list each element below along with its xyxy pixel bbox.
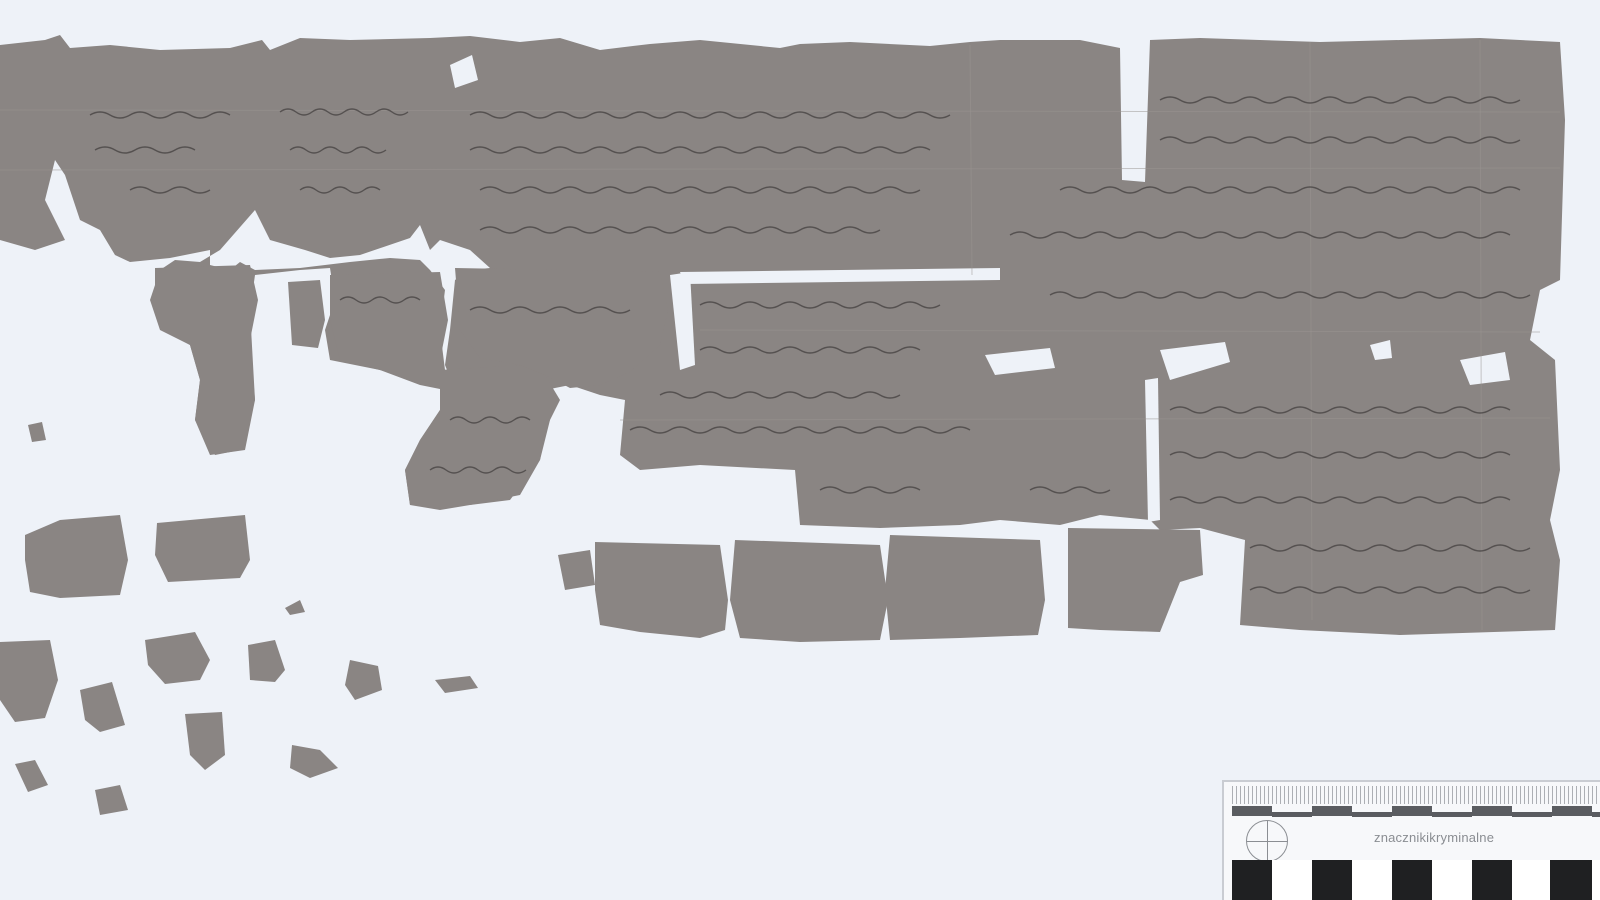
- papyrus-bottom-3: [730, 540, 888, 642]
- scale-color-blocks: [1232, 860, 1600, 900]
- crosshair-icon: [1246, 820, 1288, 862]
- papyrus-left-column: [155, 265, 258, 455]
- papyrus-left-frag-12: [95, 785, 128, 815]
- ruler-ticks: [1232, 786, 1600, 804]
- papyrus-center-left: [330, 272, 448, 390]
- ruler-checker-lower: [1232, 812, 1600, 817]
- papyrus-left-frag-7: [185, 712, 225, 770]
- papyrus-bottom-4: [885, 535, 1045, 640]
- photo-scene: znacznikikryminalne: [0, 0, 1600, 900]
- papyrus-left-frag-5: [248, 640, 285, 682]
- scale-label: znacznikikryminalne: [1374, 830, 1494, 845]
- papyrus-left-frag-9: [290, 745, 338, 778]
- papyrus-left-frag-11: [15, 760, 48, 792]
- papyrus-left-frag-10: [435, 676, 478, 693]
- papyrus-left-frag-6: [80, 682, 125, 732]
- papyrus-left-frag-2: [155, 515, 250, 582]
- papyrus-bottom-2: [595, 542, 728, 638]
- papyrus-left-frag-1: [25, 515, 128, 598]
- papyrus-left-frag-8: [345, 660, 382, 700]
- papyrus-left-frag-14: [28, 422, 46, 442]
- forensic-scale-bar: znacznikikryminalne: [1222, 780, 1600, 900]
- papyrus-small-strip: [288, 280, 325, 348]
- papyrus-left-frag-3: [0, 640, 58, 722]
- papyrus-left-frag-13: [285, 600, 305, 615]
- papyrus-bottom-1: [558, 550, 595, 590]
- papyrus-bottom-5: [1068, 528, 1203, 632]
- papyrus-left-frag-4: [145, 632, 210, 684]
- papyrus-fragments: [0, 0, 1600, 900]
